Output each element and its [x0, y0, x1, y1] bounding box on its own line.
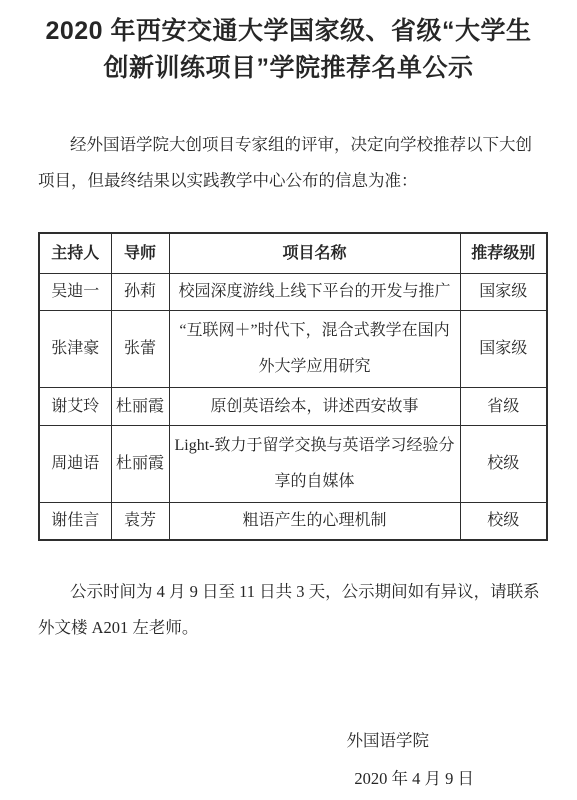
header-project: 项目名称: [169, 233, 460, 274]
cell-mentor: 孙莉: [111, 274, 169, 311]
cell-level: 国家级: [460, 311, 547, 388]
cell-project: 原创英语绘本，讲述西安故事: [169, 388, 460, 426]
notice-paragraph: 公示时间为 4 月 9 日至 11 日共 3 天，公示期间如有异议，请联系外文楼…: [38, 574, 540, 646]
table-row: 谢艾玲 杜丽霞 原创英语绘本，讲述西安故事 省级: [39, 388, 547, 426]
cell-project: Light-致力于留学交换与英语学习经验分享的自媒体: [169, 426, 460, 503]
signature-date: 2020 年 4 月 9 日: [0, 764, 577, 794]
table-row: 吴迪一 孙莉 校园深度游线上线下平台的开发与推广 国家级: [39, 274, 547, 311]
cell-leader: 谢艾玲: [39, 388, 111, 426]
document-title: 2020 年西安交通大学国家级、省级“大学生创新训练项目”学院推荐名单公示: [0, 0, 577, 87]
signature-org: 外国语学院: [0, 726, 577, 756]
cell-project: “互联网＋”时代下，混合式教学在国内外大学应用研究: [169, 311, 460, 388]
page: 2020 年西安交通大学国家级、省级“大学生创新训练项目”学院推荐名单公示 经外…: [0, 0, 577, 800]
header-level: 推荐级别: [460, 233, 547, 274]
table-header-row: 主持人 导师 项目名称 推荐级别: [39, 233, 547, 274]
cell-project: 校园深度游线上线下平台的开发与推广: [169, 274, 460, 311]
cell-level: 校级: [460, 503, 547, 541]
table-row: 周迪语 杜丽霞 Light-致力于留学交换与英语学习经验分享的自媒体 校级: [39, 426, 547, 503]
cell-leader: 吴迪一: [39, 274, 111, 311]
cell-mentor: 张蕾: [111, 311, 169, 388]
table-row: 谢佳言 袁芳 粗语产生的心理机制 校级: [39, 503, 547, 541]
cell-mentor: 杜丽霞: [111, 426, 169, 503]
cell-level: 省级: [460, 388, 547, 426]
table-row: 张津豪 张蕾 “互联网＋”时代下，混合式教学在国内外大学应用研究 国家级: [39, 311, 547, 388]
cell-mentor: 袁芳: [111, 503, 169, 541]
cell-level: 校级: [460, 426, 547, 503]
cell-mentor: 杜丽霞: [111, 388, 169, 426]
cell-leader: 张津豪: [39, 311, 111, 388]
projects-table: 主持人 导师 项目名称 推荐级别 吴迪一 孙莉 校园深度游线上线下平台的开发与推…: [38, 232, 548, 541]
intro-paragraph: 经外国语学院大创项目专家组的评审，决定向学校推荐以下大创项目，但最终结果以实践教…: [38, 127, 540, 199]
cell-project: 粗语产生的心理机制: [169, 503, 460, 541]
header-leader: 主持人: [39, 233, 111, 274]
cell-leader: 周迪语: [39, 426, 111, 503]
cell-leader: 谢佳言: [39, 503, 111, 541]
header-mentor: 导师: [111, 233, 169, 274]
cell-level: 国家级: [460, 274, 547, 311]
